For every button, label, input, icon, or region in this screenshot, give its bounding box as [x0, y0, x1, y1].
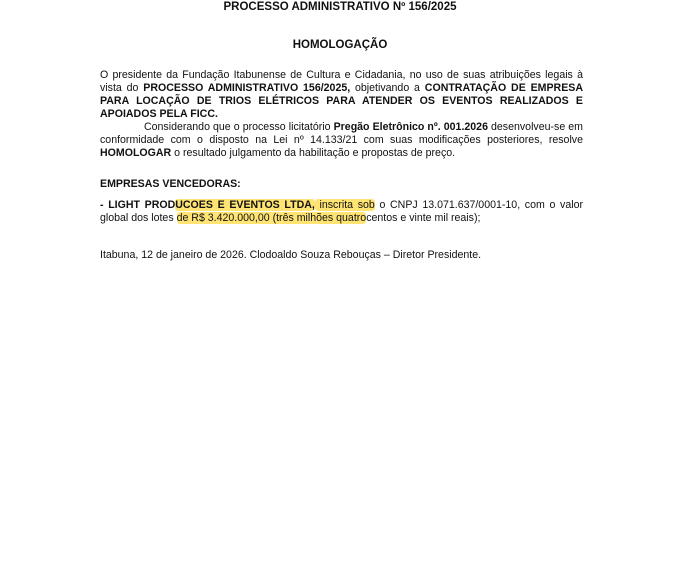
- company-name-prefix: - LIGHT PROD: [100, 199, 175, 211]
- winners-heading: EMPRESAS VENCEDORAS:: [100, 178, 241, 190]
- winner-entry: - LIGHT PRODUCOES E EVENTOS LTDA, inscri…: [100, 199, 583, 225]
- text: centos e vinte mil reais);: [366, 212, 480, 224]
- paragraph-preamble: O presidente da Fundação Itabunense de C…: [100, 69, 583, 121]
- closing-signature: Itabuna, 12 de janeiro de 2026. Clodoald…: [100, 249, 481, 261]
- company-name-highlighted: UCOES E EVENTOS LTDA,: [175, 199, 315, 211]
- highlighted-text: inscrita sob: [315, 199, 375, 211]
- auction-number: Pregão Eletrônico nº. 001.2026: [334, 121, 488, 133]
- paragraph-considering: Considerando que o processo licitatório …: [100, 121, 583, 160]
- process-number: PROCESSO ADMINISTRATIVO 156/2025,: [143, 82, 350, 94]
- homologar-word: HOMOLOGAR: [100, 147, 171, 159]
- text: objetivando a: [350, 82, 425, 94]
- document-title: PROCESSO ADMINISTRATIVO Nº 156/2025: [0, 0, 680, 14]
- document-page: PROCESSO ADMINISTRATIVO Nº 156/2025 HOMO…: [0, 0, 680, 580]
- document-subtitle: HOMOLOGAÇÃO: [0, 38, 680, 52]
- highlighted-value: de R$ 3.420.000,00 (três milhões quatro: [177, 212, 367, 224]
- text: o resultado julgamento da habilitação e …: [171, 147, 455, 159]
- text: Considerando que o processo licitatório: [144, 121, 334, 133]
